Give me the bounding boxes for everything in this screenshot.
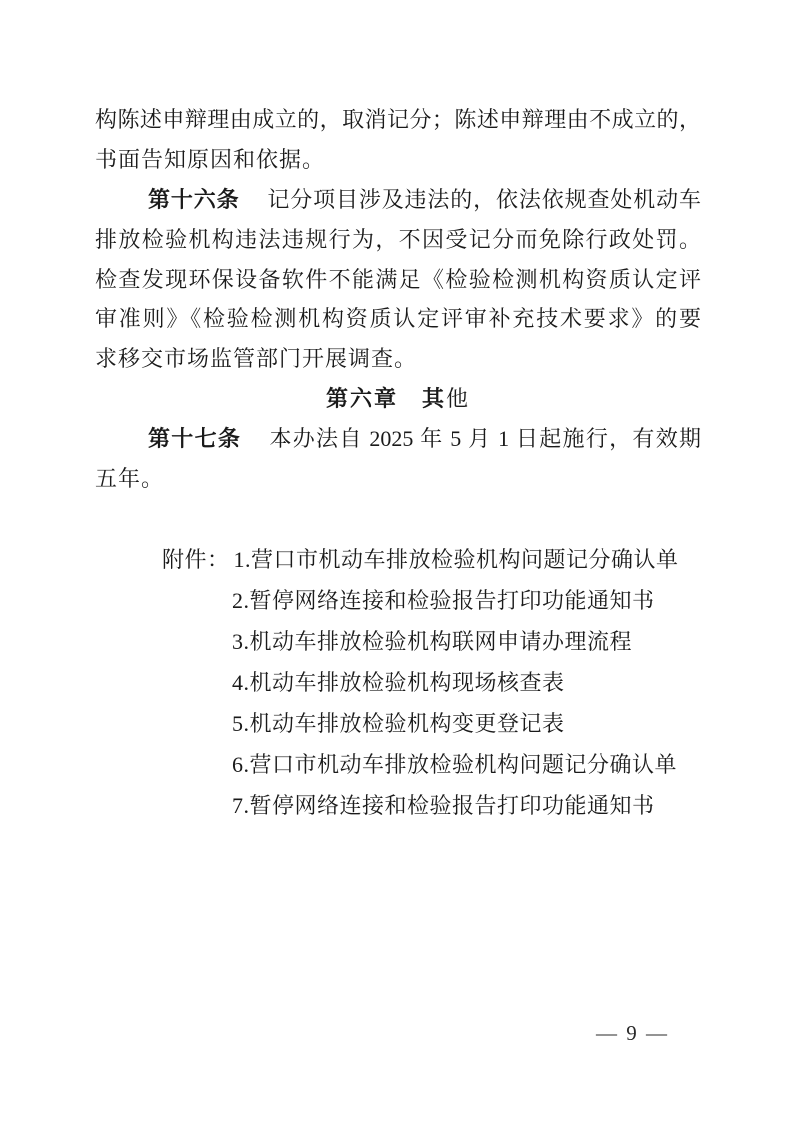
attachments-list: 附件：1.营口市机动车排放检验机构问题记分确认单 2.暂停网络连接和检验报告打印…: [162, 539, 679, 826]
article-16-line-5: 求移交市场监管部门开展调查。: [95, 339, 701, 379]
article-16-number: 第十六条: [148, 187, 239, 212]
chapter-6-heading-bold: 第六章 其: [326, 386, 446, 411]
chapter-6-heading: 第六章 其他: [95, 379, 701, 419]
paragraph-continuation-line: 构陈述申辩理由成立的，取消记分；陈述申辩理由不成立的，: [95, 100, 701, 140]
article-17-text: 本办法自 2025 年 5 月 1 日起施行，有效期: [268, 426, 701, 451]
attachment-item-text: 1.营口市机动车排放检验机构问题记分确认单: [234, 547, 679, 572]
attachment-item-2: 2.暂停网络连接和检验报告打印功能通知书: [162, 580, 679, 621]
article-16-line-3: 检查发现环保设备软件不能满足《检验检测机构资质认定评: [95, 260, 701, 300]
chapter-6-heading-regular: 他: [446, 386, 470, 411]
article-16-line-2: 排放检验机构违法违规行为，不因受记分而免除行政处罚。: [95, 220, 701, 260]
article-17-line-1: 第十七条本办法自 2025 年 5 月 1 日起施行，有效期: [95, 419, 701, 459]
paragraph-continuation-line: 书面告知原因和依据。: [95, 140, 701, 180]
attachment-item-5: 5.机动车排放检验机构变更登记表: [162, 703, 679, 744]
document-page: 构陈述申辩理由成立的，取消记分；陈述申辩理由不成立的， 书面告知原因和依据。 第…: [0, 0, 793, 1122]
article-16-text: 记分项目涉及违法的，依法依规查处机动车: [266, 187, 701, 212]
attachment-item-7: 7.暂停网络连接和检验报告打印功能通知书: [162, 785, 679, 826]
page-number: — 9 —: [596, 1021, 669, 1045]
article-17-line-2: 五年。: [95, 459, 701, 499]
attachment-item-3: 3.机动车排放检验机构联网申请办理流程: [162, 621, 679, 662]
attachment-item-1: 附件：1.营口市机动车排放检验机构问题记分确认单: [162, 539, 679, 580]
article-17-number: 第十七条: [148, 426, 241, 451]
attachment-item-6: 6.营口市机动车排放检验机构问题记分确认单: [162, 744, 679, 785]
article-16-line-1: 第十六条记分项目涉及违法的，依法依规查处机动车: [95, 180, 701, 220]
document-body: 构陈述申辩理由成立的，取消记分；陈述申辩理由不成立的， 书面告知原因和依据。 第…: [95, 100, 701, 499]
attachments-label: 附件：: [162, 547, 230, 572]
attachment-item-4: 4.机动车排放检验机构现场核查表: [162, 662, 679, 703]
article-16-line-4: 审准则》《检验检测机构资质认定评审补充技术要求》的要: [95, 299, 701, 339]
